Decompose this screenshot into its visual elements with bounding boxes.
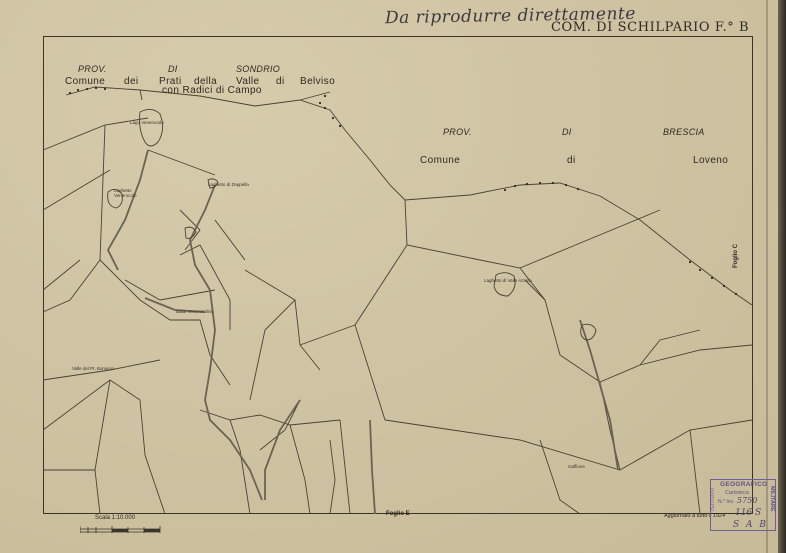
place-label: Laghetto di Zeppella [208,182,249,187]
province-label-sondrio: SONDRIO [236,64,280,74]
comune-loveno-word-1: Comune [420,155,460,166]
province-label-di-brescia: DI [562,127,572,137]
province-label-brescia: BRESCIA [663,127,705,137]
sheet-ref-bottom: Foglio E [386,511,410,517]
archive-stamp: GEOGRAFICO Cartoteca N.° Inv. 5750 116 S… [710,479,776,531]
place-label: Laghetto di Valle Azzina [484,278,532,283]
cadastral-parcel-lines [0,0,786,553]
scale-ruler [80,521,170,537]
stamp-vertical-left: ISTITUTO [710,488,716,511]
stamp-code: S A B [733,520,768,530]
province-label-di: DI [168,64,178,74]
stamp-line-3: N.° Inv. [718,499,734,505]
place-label: Baita Venerocolino [176,309,214,314]
place-label: Lago Venerocolo [130,120,164,125]
province-label-prov-brescia: PROV. [443,127,472,137]
province-label-prov: PROV. [78,64,107,74]
stamp-collocation: 116 S [735,508,761,518]
place-label: Valle del Pt. Bonvicin [72,366,114,371]
comune-word-2: dei [124,76,139,87]
comune-line-2: con Radici di Campo [162,85,262,96]
stamp-line-1: GEOGRAFICO [720,481,767,488]
comune-loveno-word-2: di [567,155,576,166]
comune-word-1: Comune [65,76,105,87]
sheet-ref-right: Foglio C [733,244,739,268]
comune-loveno-word-3: Loveno [693,155,728,166]
place-label: Gaffione [568,464,585,469]
comune-word-6: di [276,76,285,87]
comune-word-7: Belviso [300,76,335,87]
place-label: Laghetto Venerocolo [114,188,130,198]
stamp-inventory-number: 5750 [737,496,757,505]
stamp-vertical-right: MILITARE [769,486,775,512]
